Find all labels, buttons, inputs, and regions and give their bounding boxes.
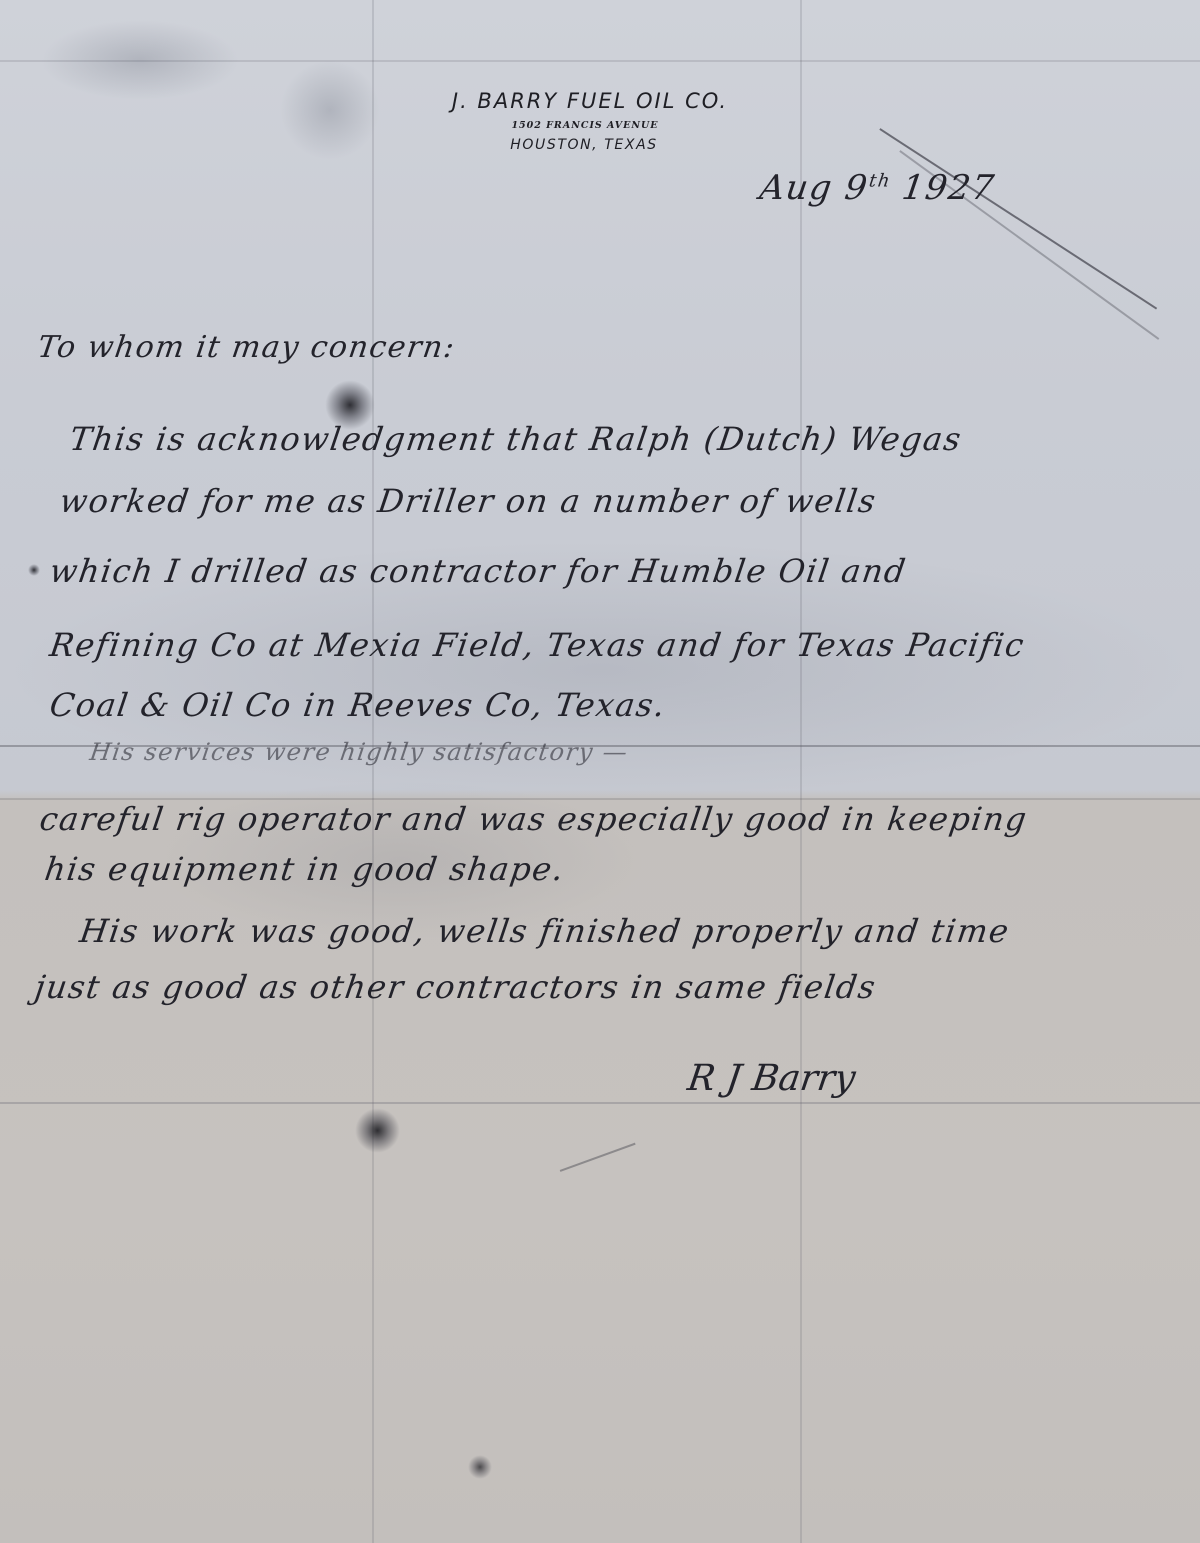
fold-crease <box>800 0 802 1543</box>
body-line: Coal & Oil Co in Reeves Co, Texas. <box>47 686 668 724</box>
stain <box>280 60 380 160</box>
body-line: This is acknowledgment that Ralph (Dutch… <box>67 420 964 458</box>
company-name: J. BARRY FUEL OIL CO. <box>380 88 800 114</box>
ink-blot <box>468 1455 492 1479</box>
letterhead: J. BARRY FUEL OIL CO. 1502 FRANCIS AVENU… <box>380 88 800 153</box>
body-line: Refining Co at Mexia Field, Texas and fo… <box>47 626 1027 664</box>
body-line: which I drilled as contractor for Humble… <box>47 552 909 590</box>
scratch-line <box>880 128 1158 309</box>
date-main: Aug 9 <box>757 168 871 208</box>
body-line: careful rig operator and was especially … <box>37 800 1030 838</box>
fold-crease <box>372 0 374 1543</box>
letter-page: J. BARRY FUEL OIL CO. 1502 FRANCIS AVENU… <box>0 0 1200 1543</box>
company-address: 1502 FRANCIS AVENUE <box>370 120 800 131</box>
body-line: His work was good, wells finished proper… <box>77 912 1012 950</box>
fold-crease <box>0 1102 1200 1104</box>
fold-crease <box>0 60 1200 62</box>
body-line: his equipment in good shape. <box>42 850 567 888</box>
body-line: just as good as other contractors in sam… <box>32 968 879 1006</box>
body-line-faded: His services were highly satisfactory — <box>88 738 630 766</box>
company-city: HOUSTON, TEXAS <box>368 137 800 153</box>
signature: R J Barry <box>685 1058 858 1099</box>
ink-blot <box>355 1108 400 1153</box>
letter-date: Aug 9th 1927 <box>757 168 997 208</box>
scratch-line <box>560 1143 636 1172</box>
date-year: 1927 <box>899 168 997 208</box>
body-line: worked for me as Driller on a number of … <box>57 482 879 520</box>
date-suffix: th <box>868 171 893 192</box>
ink-blot <box>28 564 40 576</box>
salutation: To whom it may concern: <box>36 330 458 365</box>
